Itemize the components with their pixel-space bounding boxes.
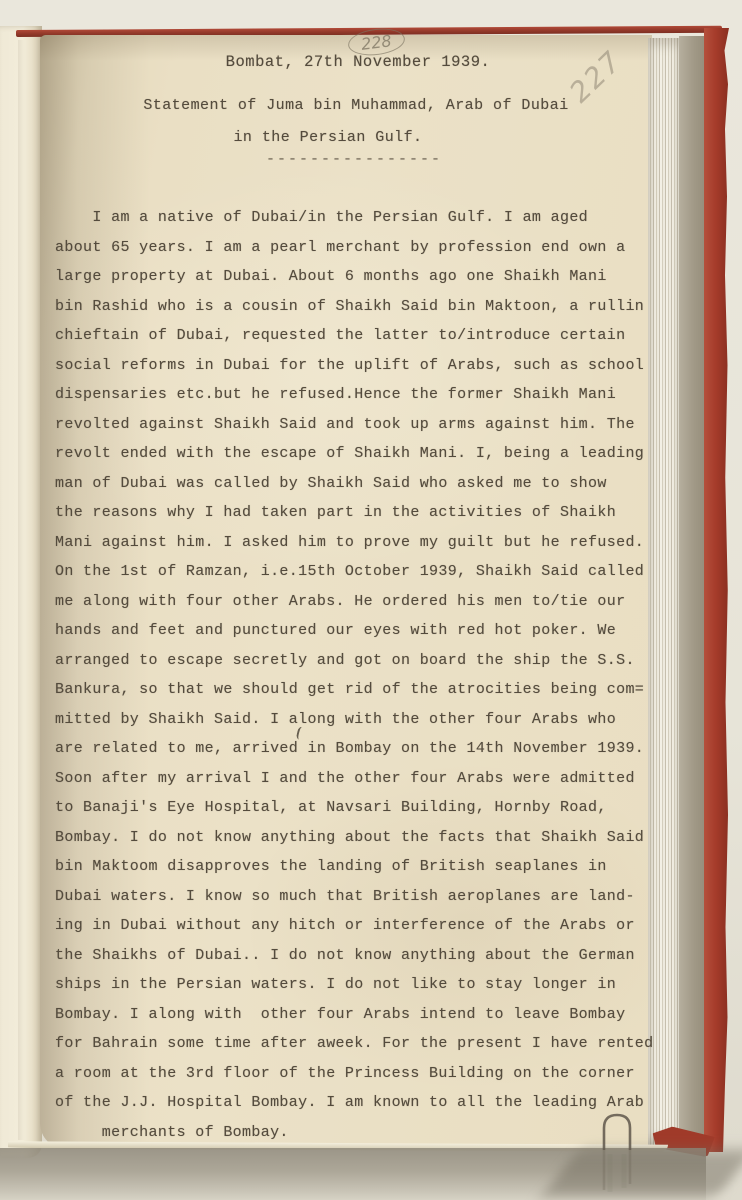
body-line: Soon after my arrival I and the other fo… xyxy=(55,764,655,794)
body-line: ships in the Persian waters. I do not li… xyxy=(55,970,655,1000)
paperclip xyxy=(590,1110,650,1200)
body-line: bin Maktoom disapproves the landing of B… xyxy=(55,852,655,882)
body-line: revolted against Shaikh Said and took up… xyxy=(55,410,655,440)
body-line: the reasons why I had taken part in the … xyxy=(55,498,655,528)
body-line: man of Dubai was called by Shaikh Said w… xyxy=(55,469,655,499)
body-line: about 65 years. I am a pearl merchant by… xyxy=(55,233,655,263)
margin-streak xyxy=(18,40,25,1140)
body-line: Mani against him. I asked him to prove m… xyxy=(55,528,655,558)
body-line: On the 1st of Ramzan, i.e.15th October 1… xyxy=(55,557,655,587)
title-divider-dashes: ---------------- xyxy=(59,151,649,168)
body-line: ing in Dubai without any hitch or interf… xyxy=(55,911,655,941)
body-line: the Shaikhs of Dubai.. I do not know any… xyxy=(55,941,655,971)
body-line: Bombay. I along with other four Arabs in… xyxy=(55,1000,655,1030)
red-cover-right-edge xyxy=(704,28,729,1152)
cover-board-edge xyxy=(679,36,707,1146)
body-line: bin Rashid who is a cousin of Shaikh Sai… xyxy=(55,292,655,322)
body-line: mitted by Shaikh Said. I along with the … xyxy=(55,705,655,735)
body-line: I am a native of Dubai/in the Persian Gu… xyxy=(55,203,655,233)
body-line: Bombay. I do not know anything about the… xyxy=(55,823,655,853)
body-line: me along with four other Arabs. He order… xyxy=(55,587,655,617)
body-line: for Bahrain some time after aweek. For t… xyxy=(55,1029,655,1059)
heading-place-date: Bombat, 27th November 1939. xyxy=(63,53,653,71)
body-line: of the J.J. Hospital Bombay. I am known … xyxy=(55,1088,655,1118)
body-line: to Banaji's Eye Hospital, at Navsari Bui… xyxy=(55,793,655,823)
statement-title-line1: Statement of Juma bin Muhammad, Arab of … xyxy=(61,97,651,114)
body-line: chieftain of Dubai, requested the latter… xyxy=(55,321,655,351)
body-line: hands and feet and punctured our eyes wi… xyxy=(55,616,655,646)
body-line: are related to me, arrived in Bombay on … xyxy=(55,734,655,764)
body-line: Dubai waters. I know so much that Britis… xyxy=(55,882,655,912)
body-line: large property at Dubai. About 6 months … xyxy=(55,262,655,292)
body-line: revolt ended with the escape of Shaikh M… xyxy=(55,439,655,469)
archival-scan-photo: Bombat, 27th November 1939. Statement of… xyxy=(0,0,742,1200)
body-line: merchants of Bombay. xyxy=(55,1118,655,1148)
statement-body: I am a native of Dubai/in the Persian Gu… xyxy=(55,203,655,1147)
body-line: dispensaries etc.but he refused.Hence th… xyxy=(55,380,655,410)
body-line: arranged to escape secretly and got on b… xyxy=(55,646,655,676)
body-line: social reforms in Dubai for the uplift o… xyxy=(55,351,655,381)
body-line: a room at the 3rd floor of the Princess … xyxy=(55,1059,655,1089)
body-line: Bankura, so that we should get rid of th… xyxy=(55,675,655,705)
statement-title-line2: in the Persian Gulf. xyxy=(33,129,623,146)
